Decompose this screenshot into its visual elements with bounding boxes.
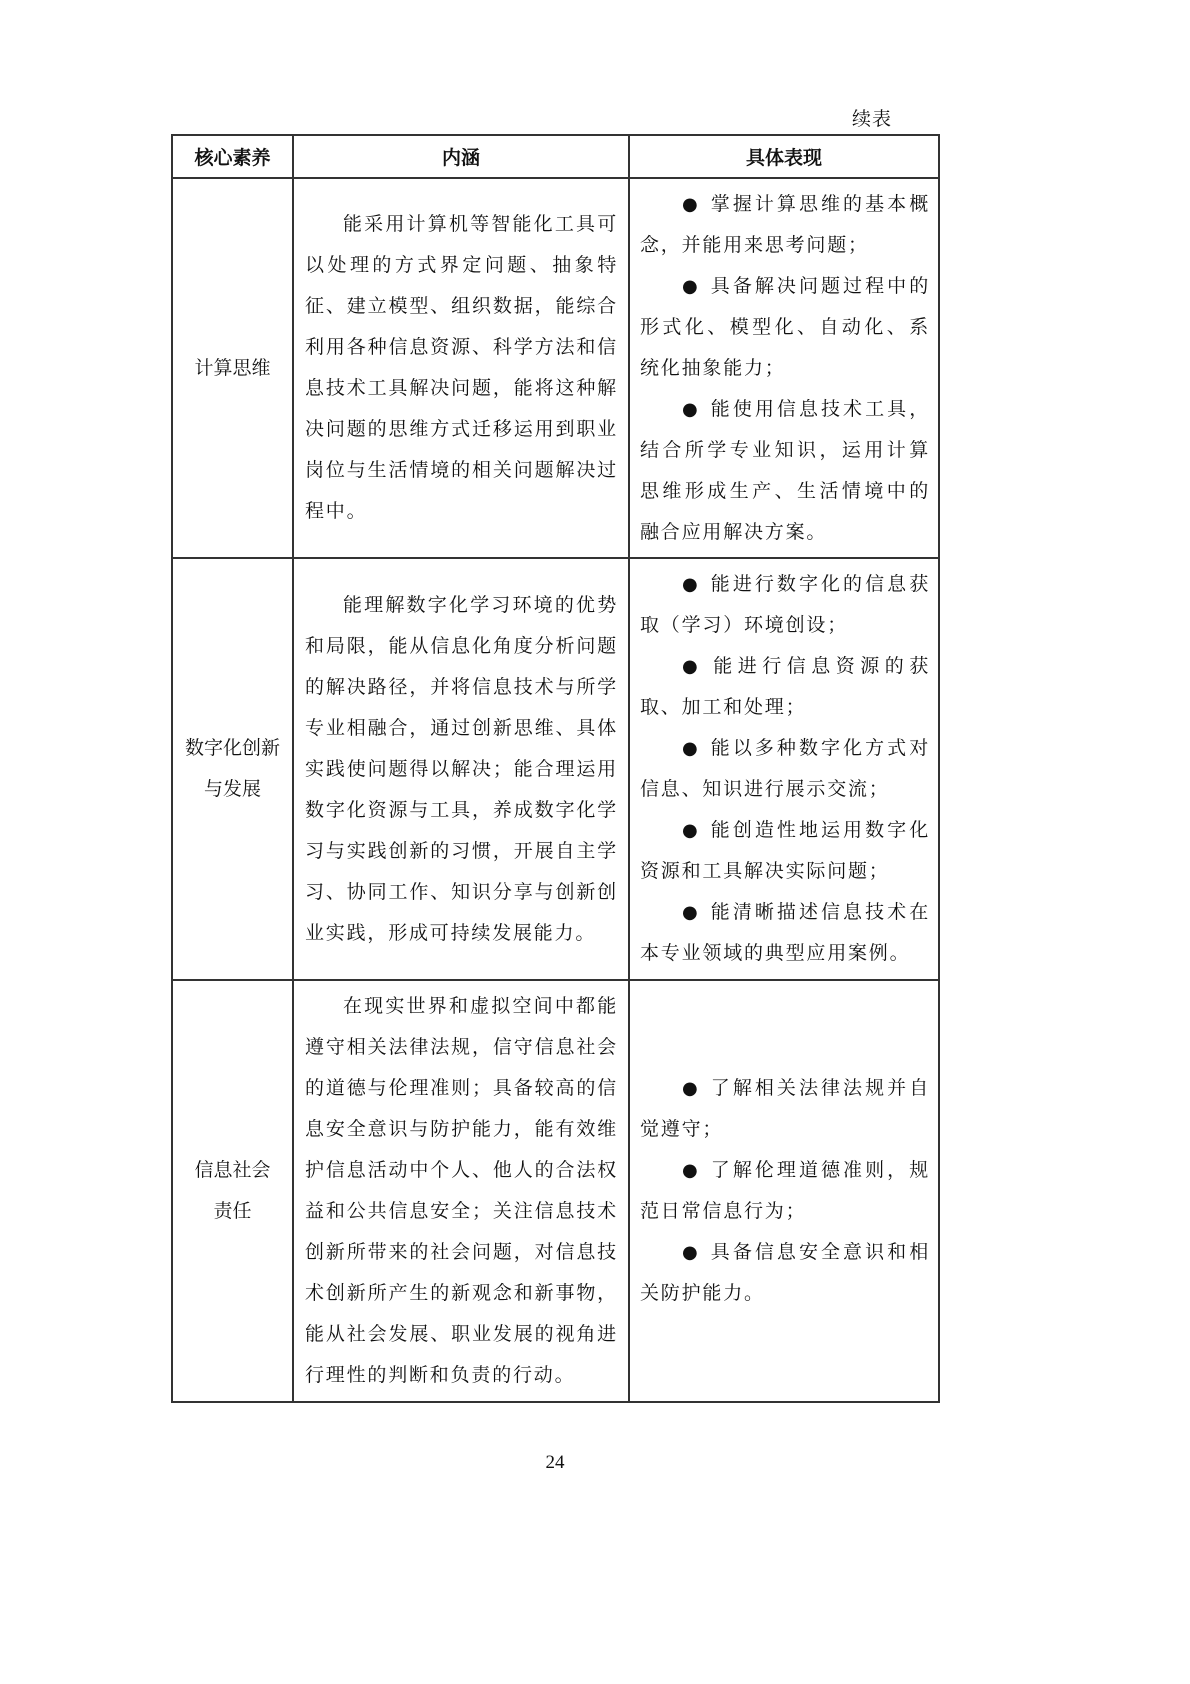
bullet-icon: ●	[682, 738, 701, 759]
competency-performances: ●掌握计算思维的基本概念，并能用来思考问题； ●具备解决问题过程中的形式化、模型…	[629, 178, 939, 558]
header-specific-performance: 具体表现	[629, 135, 939, 178]
performance-item: ●掌握计算思维的基本概念，并能用来思考问题；	[640, 184, 930, 266]
description-text: 能理解数字化学习环境的优势和局限，能从信息化角度分析问题的解决路径，并将信息技术…	[305, 585, 618, 954]
header-connotation: 内涵	[293, 135, 629, 178]
performance-item: ●能清晰描述信息技术在本专业领域的典型应用案例。	[640, 892, 930, 974]
performance-item: ●具备信息安全意识和相关防护能力。	[640, 1232, 930, 1314]
performance-item: ●具备解决问题过程中的形式化、模型化、自动化、系统化抽象能力；	[640, 266, 930, 389]
table-row-information-social-responsibility: 信息社会 责任 在现实世界和虚拟空间中都能遵守相关法律法规，信守信息社会的道德与…	[172, 980, 939, 1402]
header-core-competency: 核心素养	[172, 135, 293, 178]
competency-name-line: 与发展	[173, 769, 292, 810]
competency-name-line: 计算思维	[173, 348, 292, 389]
table-row-digital-innovation: 数字化创新 与发展 能理解数字化学习环境的优势和局限，能从信息化角度分析问题的解…	[172, 558, 939, 980]
performance-item: ●了解相关法律法规并自觉遵守；	[640, 1068, 930, 1150]
bullet-icon: ●	[682, 1078, 701, 1099]
table-header-row: 核心素养 内涵 具体表现	[172, 135, 939, 178]
bullet-icon: ●	[682, 194, 701, 215]
performance-item: ●能以多种数字化方式对信息、知识进行展示交流；	[640, 728, 930, 810]
competency-description: 能理解数字化学习环境的优势和局限，能从信息化角度分析问题的解决路径，并将信息技术…	[293, 558, 629, 980]
table-row-computational-thinking: 计算思维 能采用计算机等智能化工具可以处理的方式界定问题、抽象特征、建立模型、组…	[172, 178, 939, 558]
competency-description: 能采用计算机等智能化工具可以处理的方式界定问题、抽象特征、建立模型、组织数据，能…	[293, 178, 629, 558]
competency-description: 在现实世界和虚拟空间中都能遵守相关法律法规，信守信息社会的道德与伦理准则；具备较…	[293, 980, 629, 1402]
description-text: 能采用计算机等智能化工具可以处理的方式界定问题、抽象特征、建立模型、组织数据，能…	[305, 204, 618, 532]
bullet-icon: ●	[682, 1242, 701, 1263]
competency-name-line: 责任	[173, 1191, 292, 1232]
competency-name-line: 数字化创新	[173, 728, 292, 769]
competency-name: 数字化创新 与发展	[172, 558, 293, 980]
bullet-icon: ●	[682, 276, 701, 297]
competency-name-line: 信息社会	[173, 1150, 292, 1191]
page-number: 24	[0, 1452, 1110, 1474]
performance-item: ●能创造性地运用数字化资源和工具解决实际问题；	[640, 810, 930, 892]
bullet-icon: ●	[682, 399, 701, 420]
performance-item: ●了解伦理道德准则，规范日常信息行为；	[640, 1150, 930, 1232]
performance-item: ●能进行数字化的信息获取（学习）环境创设；	[640, 564, 930, 646]
performance-item: ●能进行信息资源的获取、加工和处理；	[640, 646, 930, 728]
competency-name: 计算思维	[172, 178, 293, 558]
bullet-icon: ●	[682, 902, 701, 923]
competency-performances: ●了解相关法律法规并自觉遵守； ●了解伦理道德准则，规范日常信息行为； ●具备信…	[629, 980, 939, 1402]
bullet-icon: ●	[682, 820, 701, 841]
competency-performances: ●能进行数字化的信息获取（学习）环境创设； ●能进行信息资源的获取、加工和处理；…	[629, 558, 939, 980]
description-text: 在现实世界和虚拟空间中都能遵守相关法律法规，信守信息社会的道德与伦理准则；具备较…	[305, 986, 618, 1396]
competency-name: 信息社会 责任	[172, 980, 293, 1402]
bullet-icon: ●	[682, 1160, 701, 1181]
continued-table-label: 续表	[852, 104, 892, 131]
core-competency-table: 核心素养 内涵 具体表现 计算思维 能采用计算机等智能化工具可以处理的方式界定问…	[171, 134, 940, 1403]
performance-item: ●能使用信息技术工具，结合所学专业知识，运用计算思维形成生产、生活情境中的融合应…	[640, 389, 930, 553]
bullet-icon: ●	[682, 574, 701, 595]
bullet-icon: ●	[682, 656, 703, 677]
